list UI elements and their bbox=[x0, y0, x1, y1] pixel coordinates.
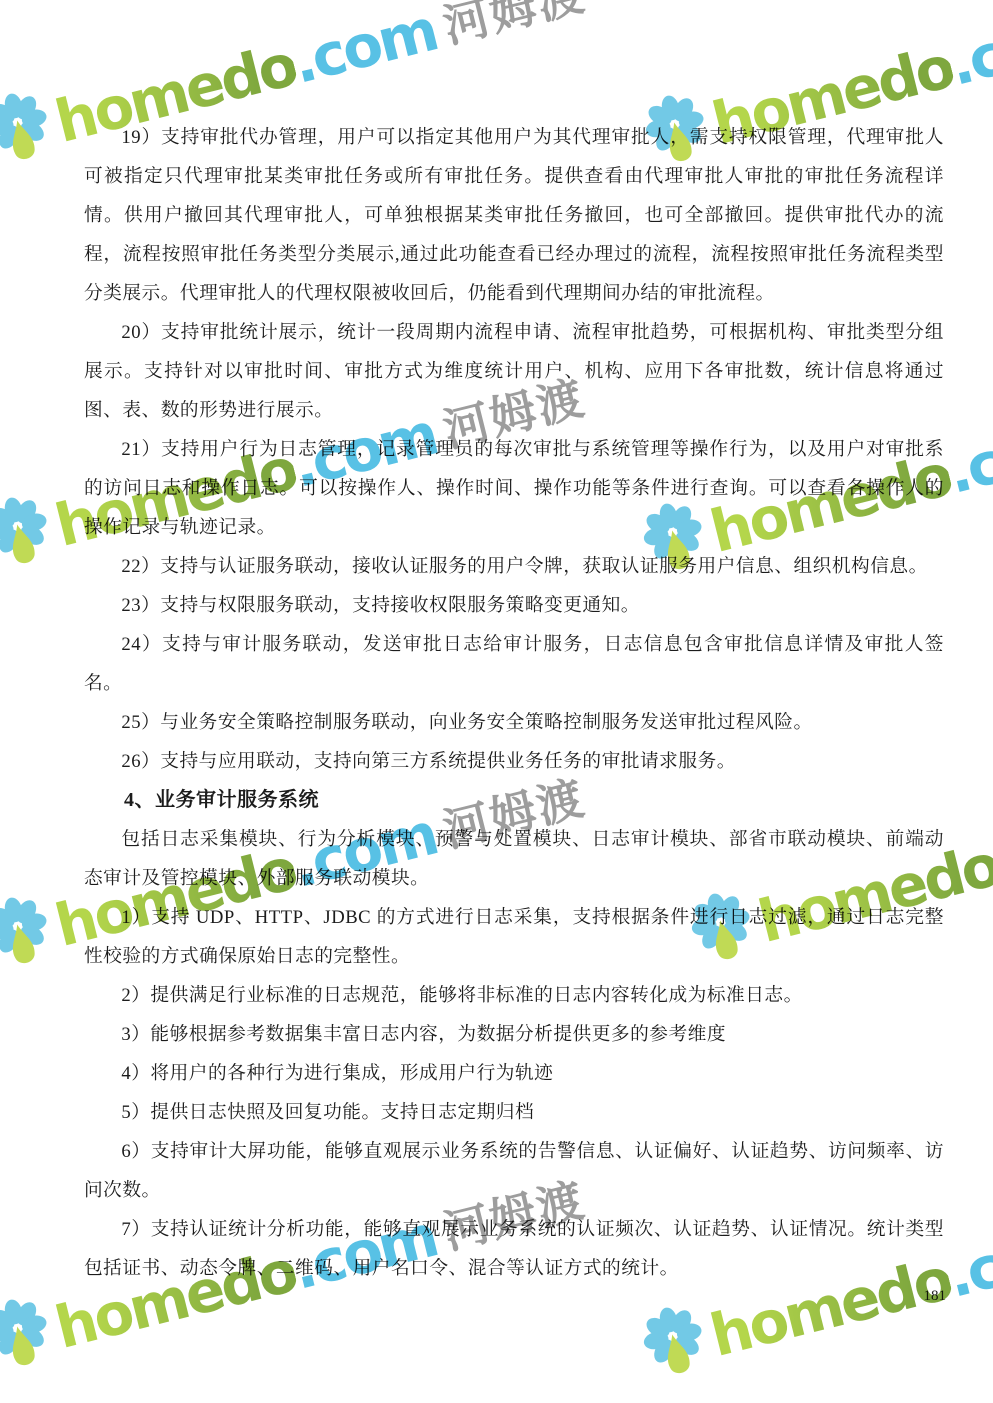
section-heading: 4、业务审计服务系统 bbox=[84, 781, 944, 820]
document-body: 19）支持审批代办管理，用户可以指定其他用户为其代理审批人，需支持权限管理，代理… bbox=[84, 118, 944, 1288]
watermark-tld-text: .com bbox=[288, 5, 441, 90]
page-number: 181 bbox=[924, 1288, 947, 1305]
watermark-tld-text: .com bbox=[943, 415, 993, 500]
paragraph: 4）将用户的各种行为进行集成，形成用户行为轨迹 bbox=[84, 1054, 944, 1093]
flower-logo-icon bbox=[0, 890, 58, 980]
watermark-tld-text: .com bbox=[943, 1219, 993, 1304]
paragraph: 23）支持与权限服务联动，支持接收权限服务策略变更通知。 bbox=[84, 586, 944, 625]
paragraph: 26）支持与应用联动，支持向第三方系统提供业务任务的审批请求服务。 bbox=[84, 742, 944, 781]
paragraph: 2）提供满足行业标准的日志规范，能够将非标准的日志内容转化成为标准日志。 bbox=[84, 976, 944, 1015]
paragraph: 20）支持审批统计展示，统计一段周期内流程申请、流程审批趋势，可根据机构、审批类… bbox=[84, 313, 944, 430]
document-page: 19）支持审批代办管理，用户可以指定其他用户为其代理审批人，需支持权限管理，代理… bbox=[0, 0, 993, 1403]
paragraph: 22）支持与认证服务联动，接收认证服务的用户令牌，获取认证服务用户信息、组织机构… bbox=[84, 547, 944, 586]
flower-logo-icon bbox=[636, 1300, 713, 1390]
paragraph: 包括日志采集模块、行为分析模块、预警与处置模块、日志审计模块、部省市联动模块、前… bbox=[84, 820, 944, 898]
watermark-cn-text: 河姆渡 bbox=[439, 0, 589, 50]
paragraph: 1）支持 UDP、HTTP、JDBC 的方式进行日志采集，支持根据条件进行日志过… bbox=[84, 898, 944, 976]
paragraph: 25）与业务安全策略控制服务联动，向业务安全策略控制服务发送审批过程风险。 bbox=[84, 703, 944, 742]
flower-logo-icon bbox=[0, 490, 58, 580]
flower-logo-icon bbox=[0, 86, 58, 176]
flower-logo-icon bbox=[0, 1292, 58, 1382]
paragraph: 6）支持审计大屏功能，能够直观展示业务系统的告警信息、认证偏好、认证趋势、访问频… bbox=[84, 1132, 944, 1210]
paragraph: 3）能够根据参考数据集丰富日志内容，为数据分析提供更多的参考维度 bbox=[84, 1015, 944, 1054]
paragraph: 5）提供日志快照及回复功能。支持日志定期归档 bbox=[84, 1093, 944, 1132]
paragraph: 7）支持认证统计分析功能，能够直观展示业务系统的认证频次、认证趋势、认证情况。统… bbox=[84, 1210, 944, 1288]
paragraph: 19）支持审批代办管理，用户可以指定其他用户为其代理审批人，需支持权限管理，代理… bbox=[84, 118, 944, 313]
paragraph: 24）支持与审计服务联动，发送审批日志给审计服务，日志信息包含审批信息详情及审批… bbox=[84, 625, 944, 703]
paragraph: 21）支持用户行为日志管理，记录管理员的每次审批与系统管理等操作行为，以及用户对… bbox=[84, 430, 944, 547]
watermark-tld-text: .com bbox=[945, 7, 993, 92]
